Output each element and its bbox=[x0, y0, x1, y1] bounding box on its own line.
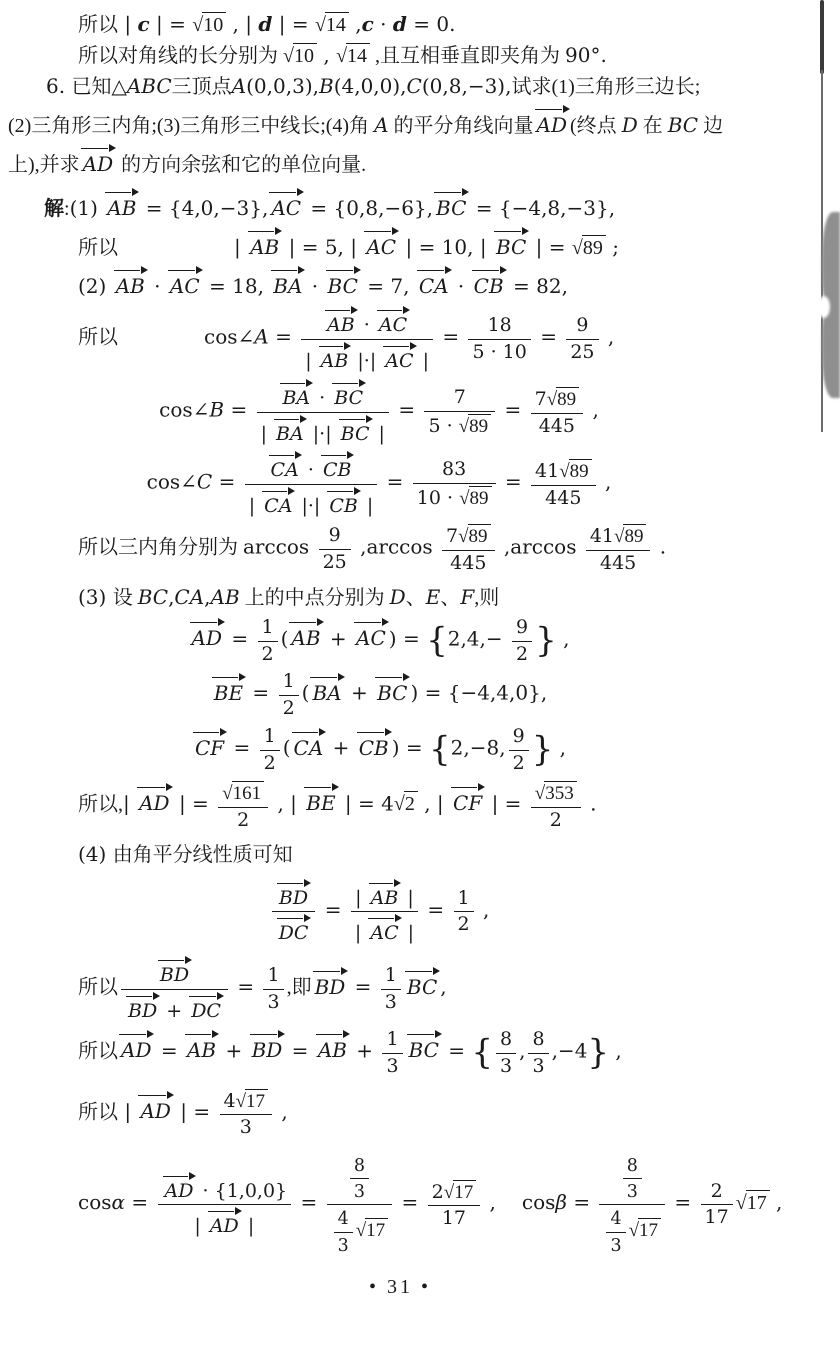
math-run: ) = bbox=[392, 736, 429, 760]
math-run: 90°. bbox=[565, 43, 607, 67]
math-run: | = bbox=[173, 791, 216, 815]
spacer bbox=[118, 342, 204, 343]
radicand: 17 bbox=[453, 1180, 476, 1204]
text-run: 试求(1)三角形三边长; bbox=[511, 76, 700, 98]
math-run: arccos bbox=[243, 535, 316, 559]
math-run: = bbox=[380, 470, 409, 494]
text-run: 三顶点 bbox=[172, 76, 232, 98]
text-run: 、 bbox=[406, 587, 426, 609]
math-run: cos∠ bbox=[204, 324, 254, 348]
math-run: = bbox=[227, 736, 256, 760]
fraction-denominator: 2 bbox=[258, 642, 278, 666]
math-variable: A bbox=[232, 74, 246, 98]
math-variable: BC bbox=[668, 113, 698, 137]
fraction-numerator: 161 bbox=[218, 780, 268, 807]
math-run: 445 bbox=[539, 415, 575, 437]
math-run: 1 bbox=[385, 964, 397, 986]
fraction: 43 bbox=[334, 1207, 353, 1255]
math-run: = bbox=[498, 397, 527, 421]
math-variable: D bbox=[622, 113, 638, 137]
text-run-bold: 解 bbox=[44, 198, 64, 220]
math-variable: A bbox=[254, 324, 268, 348]
math-run: |·| bbox=[307, 423, 338, 445]
fraction-denominator: | AC | bbox=[351, 912, 418, 945]
fraction-numerator: 83 bbox=[438, 458, 470, 483]
sqrt-89: 89 bbox=[614, 524, 646, 548]
math-run: | bbox=[242, 1215, 254, 1237]
math-run: 2 bbox=[513, 752, 525, 774]
vector-AD: AD bbox=[118, 1030, 154, 1060]
math-run: = bbox=[499, 470, 528, 494]
vector-BC: BC bbox=[433, 188, 469, 218]
radicand: 2 bbox=[404, 791, 418, 816]
fraction: | AB || AC | bbox=[351, 878, 418, 946]
fraction-denominator: DC bbox=[272, 912, 316, 945]
fraction: 3532 bbox=[531, 780, 581, 832]
text-run: 上),并求 bbox=[8, 154, 80, 176]
math-run: , bbox=[519, 1038, 525, 1062]
radicand: 14 bbox=[346, 43, 370, 68]
fraction-denominator: 4317 bbox=[599, 1205, 665, 1255]
math-run: · bbox=[313, 387, 331, 409]
math-run: 1 bbox=[267, 964, 279, 986]
fraction-numerator: 8 bbox=[528, 1028, 548, 1053]
math-run: 8 bbox=[354, 1156, 365, 1176]
math-run: ,−4 bbox=[552, 1038, 588, 1062]
math-run: , bbox=[602, 324, 615, 348]
math-run: ( bbox=[302, 681, 310, 705]
math-run: 8 bbox=[627, 1156, 638, 1176]
math-bold-variable: c bbox=[137, 12, 149, 36]
fraction: AD · {1,0,0}| AD | bbox=[158, 1171, 292, 1239]
math-variable: F bbox=[460, 585, 474, 609]
fraction-denominator: 25 bbox=[319, 550, 351, 574]
math-variable: A bbox=[374, 113, 388, 137]
math-run: 7 bbox=[446, 525, 458, 547]
vector-AB: AB bbox=[315, 1030, 350, 1060]
math-run: 17 bbox=[705, 1206, 729, 1228]
sqrt-161: 161 bbox=[222, 781, 264, 805]
fraction: 12 bbox=[258, 616, 278, 666]
brace: } bbox=[587, 1032, 609, 1072]
fraction: 217 bbox=[701, 1180, 733, 1230]
fraction-numerator: 4 bbox=[334, 1207, 353, 1231]
vector-CF: CF bbox=[192, 728, 227, 758]
direction-cosines: cosα = AD · {1,0,0}| AD | = 834317 = 217… bbox=[6, 1153, 812, 1255]
math-run: 2 bbox=[283, 697, 295, 719]
math-run: , bbox=[557, 626, 570, 650]
fraction: 1612 bbox=[218, 780, 268, 832]
math-run: 41 bbox=[590, 525, 614, 547]
text-run: 所以 bbox=[78, 237, 118, 259]
fraction: 83 bbox=[623, 1154, 642, 1202]
fraction-numerator: 417 bbox=[220, 1088, 273, 1115]
sqrt-17: 17 bbox=[356, 1218, 388, 1242]
math-run: | bbox=[194, 1215, 206, 1237]
math-run: · bbox=[358, 314, 376, 336]
math-run: , bbox=[275, 1099, 288, 1123]
radicand: 89 bbox=[469, 486, 492, 510]
fraction: 4173 bbox=[220, 1088, 273, 1140]
math-run: | bbox=[261, 423, 273, 445]
math-run: , bbox=[553, 736, 566, 760]
ratio-BD-DC: BDDC = | AB || AC | = 12 , bbox=[6, 878, 812, 946]
text-run: 所以三内角分别为 bbox=[78, 537, 243, 559]
math-run: · {1,0,0} bbox=[196, 1180, 287, 1202]
side-lengths: 所以| AB | = 5, | AC | = 10, | BC | = 89 ; bbox=[6, 227, 812, 261]
fraction-numerator: BA · BC bbox=[275, 378, 370, 412]
radicand: 353 bbox=[544, 781, 577, 805]
sqrt-14: 14 bbox=[315, 12, 349, 38]
vector-BA: BA bbox=[309, 673, 344, 703]
sqrt-89: 89 bbox=[458, 524, 490, 548]
radicand: 89 bbox=[468, 414, 491, 438]
fraction-numerator: 1 bbox=[263, 964, 283, 989]
fraction-numerator: AB · AC bbox=[320, 305, 414, 339]
math-run: 3 bbox=[240, 1116, 252, 1138]
math-run: = {4,0,−3}, bbox=[139, 196, 268, 220]
vector-AB: AB bbox=[104, 188, 139, 218]
vector-AC: AC bbox=[353, 618, 389, 648]
fraction-denominator: | BA |·| BC | bbox=[257, 413, 389, 446]
math-run: ,arccos bbox=[498, 535, 583, 559]
fraction-denominator: 2 bbox=[233, 808, 253, 832]
vector-BD: BD bbox=[249, 1030, 286, 1060]
math-run: 2,4,− bbox=[448, 626, 509, 650]
text-run: ,则 bbox=[474, 587, 499, 609]
fraction-numerator: 789 bbox=[531, 386, 584, 413]
vector-BE: BE bbox=[211, 673, 246, 703]
math-variable: α bbox=[112, 1190, 126, 1214]
page-number-label: • 31 • bbox=[369, 1276, 431, 1298]
sqrt-89: 89 bbox=[572, 235, 606, 261]
fraction-denominator: 3 bbox=[334, 1233, 353, 1256]
text-run: 所以 bbox=[78, 14, 118, 36]
math-run: |·| bbox=[351, 350, 382, 372]
math-run: . bbox=[584, 791, 597, 815]
math-run: 5 · bbox=[428, 415, 458, 437]
fraction-denominator: 5 · 10 bbox=[468, 340, 530, 364]
radicand: 14 bbox=[325, 12, 349, 37]
fraction-numerator: 1 bbox=[260, 725, 280, 750]
sqrt-10: 10 bbox=[192, 12, 226, 38]
scanned-textbook-page: 所以 | c | = 10 , | d | = 14 ,c · d = 0.所以… bbox=[0, 0, 840, 1350]
math-run: 3 bbox=[386, 1055, 398, 1077]
page-number: • 31 • bbox=[0, 1276, 800, 1299]
fraction: 92 bbox=[512, 616, 532, 666]
math-run: cos bbox=[78, 1190, 112, 1214]
math-bold-variable: d bbox=[393, 12, 407, 36]
math-run: = bbox=[212, 470, 241, 494]
vector-CB: CB bbox=[320, 451, 355, 480]
part3-midpoints: (3) 设 BC,CA,AB 上的中点分别为 D、E、F,则 bbox=[6, 585, 812, 611]
spacer bbox=[496, 1208, 522, 1209]
math-variable: B bbox=[319, 74, 334, 98]
math-run: 2 bbox=[432, 1181, 444, 1203]
vector-AD: AD bbox=[189, 618, 225, 648]
vector-AB: AB bbox=[184, 1030, 219, 1060]
fraction-numerator: 4189 bbox=[531, 458, 596, 485]
fraction: 43 bbox=[606, 1207, 625, 1255]
math-run: 445 bbox=[450, 552, 486, 574]
math-variable: ABC bbox=[127, 74, 172, 98]
fraction-denominator: | AB |·| AC | bbox=[301, 340, 433, 373]
brace: { bbox=[426, 620, 448, 660]
math-run: | bbox=[373, 423, 385, 445]
fraction-numerator: 2 bbox=[707, 1180, 727, 1205]
fraction: 12 bbox=[260, 725, 280, 775]
fraction: BA · BC| BA |·| BC | bbox=[257, 378, 389, 446]
radicand: 89 bbox=[468, 524, 491, 548]
math-run: = 82, bbox=[507, 274, 568, 298]
fraction-denominator: 2 bbox=[509, 751, 529, 775]
fraction-denominator: 2 bbox=[512, 642, 532, 666]
fraction-numerator: 9 bbox=[325, 524, 345, 549]
fraction: 13 bbox=[263, 964, 283, 1014]
fraction: BDBD + DC bbox=[121, 955, 228, 1023]
vector-AB: AB bbox=[247, 227, 282, 257]
math-run: 83 bbox=[442, 458, 466, 480]
sqrt-17: 17 bbox=[736, 1190, 770, 1216]
math-run: 445 bbox=[600, 552, 636, 574]
radicand: 17 bbox=[245, 1089, 268, 1113]
fraction-numerator: AD · {1,0,0} bbox=[158, 1171, 292, 1205]
fraction: 925 bbox=[566, 314, 598, 364]
brace: { bbox=[429, 730, 451, 770]
radicand: 89 bbox=[623, 524, 646, 548]
fraction-numerator: 1 bbox=[279, 670, 299, 695]
fraction-numerator: BD bbox=[272, 878, 315, 912]
fraction-denominator: 2 bbox=[546, 808, 566, 832]
sqrt-89: 89 bbox=[547, 387, 579, 411]
brace: } bbox=[535, 620, 557, 660]
radicand: 17 bbox=[746, 1190, 770, 1215]
math-run: ) = {−4,4,0}, bbox=[410, 681, 547, 705]
AD-length: 所以 | AD | = 4173 , bbox=[6, 1088, 812, 1140]
text-run: 所以, bbox=[78, 793, 123, 815]
vector-AC: AC bbox=[363, 227, 399, 257]
radicand: 17 bbox=[638, 1218, 661, 1242]
math-variable: C bbox=[407, 74, 422, 98]
math-run: · bbox=[452, 274, 471, 298]
fraction: 789445 bbox=[442, 523, 495, 575]
cos-angle-A: 所以cos∠A = AB · AC| AB |·| AC | = 185 · 1… bbox=[6, 305, 812, 373]
math-run: , | bbox=[226, 12, 258, 36]
sqrt-89: 89 bbox=[559, 459, 591, 483]
fraction-denominator: BD + DC bbox=[121, 990, 228, 1023]
fraction-numerator: 1 bbox=[258, 616, 278, 641]
text-run: 所以 bbox=[78, 326, 118, 348]
math-run: 4 bbox=[338, 1209, 349, 1229]
math-run: = bbox=[421, 897, 450, 921]
radicand: 89 bbox=[556, 387, 579, 411]
math-run: (0,8,−3), bbox=[422, 74, 512, 98]
vector-DC: DC bbox=[276, 914, 312, 943]
problem-6-statement-2: (2)三角形三内角;(3)三角形三中线长;(4)角 A 的平分角线向量AD(终点… bbox=[6, 105, 812, 139]
vector-BC: BC bbox=[325, 266, 361, 296]
text-run: 、 bbox=[440, 587, 460, 609]
radicand: 10 bbox=[202, 12, 226, 37]
math-run: | bbox=[401, 887, 413, 909]
math-run: 445 bbox=[545, 487, 581, 509]
math-run: 2 bbox=[264, 752, 276, 774]
math-run: , | bbox=[418, 791, 450, 815]
math-run: 2 bbox=[711, 1180, 723, 1202]
fraction-denominator: 3 bbox=[381, 990, 401, 1014]
fraction-denominator: | AD | bbox=[190, 1205, 258, 1238]
math-run: | bbox=[417, 350, 429, 372]
vector-BC: BC bbox=[374, 673, 410, 703]
brace: } bbox=[532, 730, 554, 770]
text-run: ,即 bbox=[287, 977, 312, 999]
math-run: = bbox=[225, 626, 254, 650]
vector-BD: BD bbox=[157, 956, 192, 985]
math-run: = bbox=[436, 324, 465, 348]
math-run: cos bbox=[522, 1190, 556, 1214]
sqrt-17: 17 bbox=[629, 1218, 661, 1242]
vector-AC: AC bbox=[382, 342, 416, 371]
math-bold-variable: c bbox=[362, 12, 374, 36]
math-run: = bbox=[442, 1038, 471, 1062]
text-run: (终点 bbox=[570, 115, 622, 137]
math-run: = bbox=[269, 324, 298, 348]
math-run: 1 bbox=[283, 670, 295, 692]
vector-CA: CA bbox=[291, 728, 327, 758]
sqrt-89: 89 bbox=[459, 414, 491, 438]
math-run: , | bbox=[271, 791, 303, 815]
math-run: . bbox=[653, 535, 666, 559]
vector-AC: AC bbox=[268, 188, 304, 218]
text-run: ,且互相垂直即夹角为 bbox=[370, 45, 565, 67]
math-run: 10 · bbox=[417, 487, 459, 509]
fraction: 13 bbox=[382, 1028, 402, 1078]
math-run: · bbox=[374, 12, 393, 36]
math-run: 2 bbox=[237, 809, 249, 831]
fraction-numerator: 217 bbox=[428, 1179, 481, 1206]
math-run: 3 bbox=[338, 1236, 349, 1256]
fraction: 8310 · 89 bbox=[413, 458, 496, 510]
text-run: 所以 bbox=[78, 1101, 118, 1123]
fraction-denominator: 4317 bbox=[327, 1205, 393, 1255]
vector-AC: AC bbox=[167, 266, 203, 296]
fraction-numerator: 1 bbox=[381, 964, 401, 989]
smudge-notch bbox=[818, 296, 830, 318]
fraction-numerator: 9 bbox=[572, 314, 592, 339]
vector-AD: AD bbox=[207, 1207, 242, 1236]
text-run: 的方向余弦和它的单位向量. bbox=[116, 154, 366, 176]
math-run: 3 bbox=[267, 991, 279, 1013]
vector-CB: CB bbox=[471, 266, 507, 296]
AD-components: 所以AD = AB + BD = AB + 13BC = {83,83,−4} … bbox=[6, 1028, 812, 1078]
fraction: 789445 bbox=[531, 386, 584, 438]
vector-BA: BA bbox=[279, 379, 313, 408]
vector-BA: BA bbox=[273, 415, 307, 444]
fraction: BDDC bbox=[272, 878, 316, 946]
math-variable: BC bbox=[138, 585, 168, 609]
math-run: = bbox=[567, 1190, 596, 1214]
math-run: + bbox=[350, 1038, 379, 1062]
math-run: | bbox=[118, 12, 137, 36]
vector-CB: CB bbox=[326, 487, 361, 516]
math-run: + bbox=[345, 681, 374, 705]
vector-AD: AD bbox=[137, 1091, 173, 1121]
math-variable: AB bbox=[211, 585, 240, 609]
math-run: , bbox=[599, 470, 612, 494]
fraction-numerator: 83 bbox=[616, 1153, 649, 1204]
vector-AD: AD bbox=[162, 1172, 197, 1201]
fraction-denominator: 445 bbox=[446, 551, 490, 575]
fraction-denominator: 10 · 89 bbox=[413, 484, 496, 510]
median-AD: AD = 12(AB + AC) = {2,4,− 92} , bbox=[6, 616, 812, 666]
math-bold-variable: d bbox=[258, 12, 272, 36]
radicand: 10 bbox=[293, 43, 317, 68]
math-run: 6. bbox=[46, 74, 71, 98]
fraction-numerator: 8 bbox=[623, 1154, 642, 1178]
sqrt-14: 14 bbox=[336, 43, 370, 69]
fraction: 12 bbox=[279, 670, 299, 720]
fraction: 185 · 10 bbox=[468, 314, 530, 364]
vector-BA: BA bbox=[270, 266, 305, 296]
sqrt-17: 17 bbox=[236, 1089, 268, 1113]
math-run: + bbox=[160, 1000, 188, 1022]
math-run: | bbox=[361, 495, 373, 517]
math-run: , bbox=[440, 975, 446, 999]
fraction-denominator: 3 bbox=[496, 1054, 516, 1078]
math-run: (0,0,3), bbox=[246, 74, 319, 98]
fraction-numerator: 8 bbox=[350, 1154, 369, 1178]
math-run: , bbox=[483, 1190, 496, 1214]
vector-BE: BE bbox=[303, 783, 338, 813]
fraction-denominator: 25 bbox=[566, 340, 598, 364]
vector-CA: CA bbox=[268, 451, 302, 480]
text-run: 上的中点分别为 bbox=[240, 587, 390, 609]
fraction-numerator: 7 bbox=[450, 386, 470, 411]
math-run: | = bbox=[174, 1099, 217, 1123]
vector-AB: AB bbox=[288, 618, 323, 648]
sqrt-353: 353 bbox=[535, 781, 577, 805]
text-run: 所以 bbox=[78, 1040, 118, 1062]
fraction-numerator: BD bbox=[153, 955, 196, 989]
math-run: = 18, bbox=[203, 274, 271, 298]
fraction: 92 bbox=[509, 725, 529, 775]
vector-DC: DC bbox=[188, 992, 224, 1021]
spacer bbox=[118, 253, 234, 254]
math-run: ( bbox=[281, 626, 289, 650]
math-run: 1 bbox=[458, 887, 470, 909]
fraction-denominator: 2 bbox=[279, 696, 299, 720]
vector-AC: AC bbox=[367, 914, 401, 943]
fraction-denominator: 3 bbox=[236, 1115, 256, 1139]
fraction-numerator: 18 bbox=[484, 314, 516, 339]
three-angles-arccos: 所以三内角分别为 arccos 925 ,arccos 789445 ,arcc… bbox=[6, 523, 812, 575]
text-run: 的平分角线向量 bbox=[389, 115, 534, 137]
document-content: 所以 | c | = 10 , | d | = 14 ,c · d = 0.所以… bbox=[6, 12, 812, 1261]
fraction-numerator: 83 bbox=[343, 1153, 376, 1204]
math-run: 41 bbox=[535, 460, 559, 482]
fraction-numerator: 8 bbox=[496, 1028, 516, 1053]
math-run: 9 bbox=[513, 725, 525, 747]
fraction-denominator: 445 bbox=[541, 486, 585, 510]
text-run: 所以 bbox=[78, 977, 118, 999]
vector-BC: BC bbox=[338, 415, 373, 444]
math-run: + bbox=[326, 736, 355, 760]
fraction-denominator: 3 bbox=[350, 1179, 369, 1202]
math-run: = bbox=[294, 1190, 323, 1214]
math-run: | bbox=[355, 922, 367, 944]
math-run: 9 bbox=[329, 524, 341, 546]
BD-one-third-BC: 所以BDBD + DC = 13,即BD = 13BC, bbox=[6, 955, 812, 1023]
math-run: = bbox=[395, 1190, 424, 1214]
